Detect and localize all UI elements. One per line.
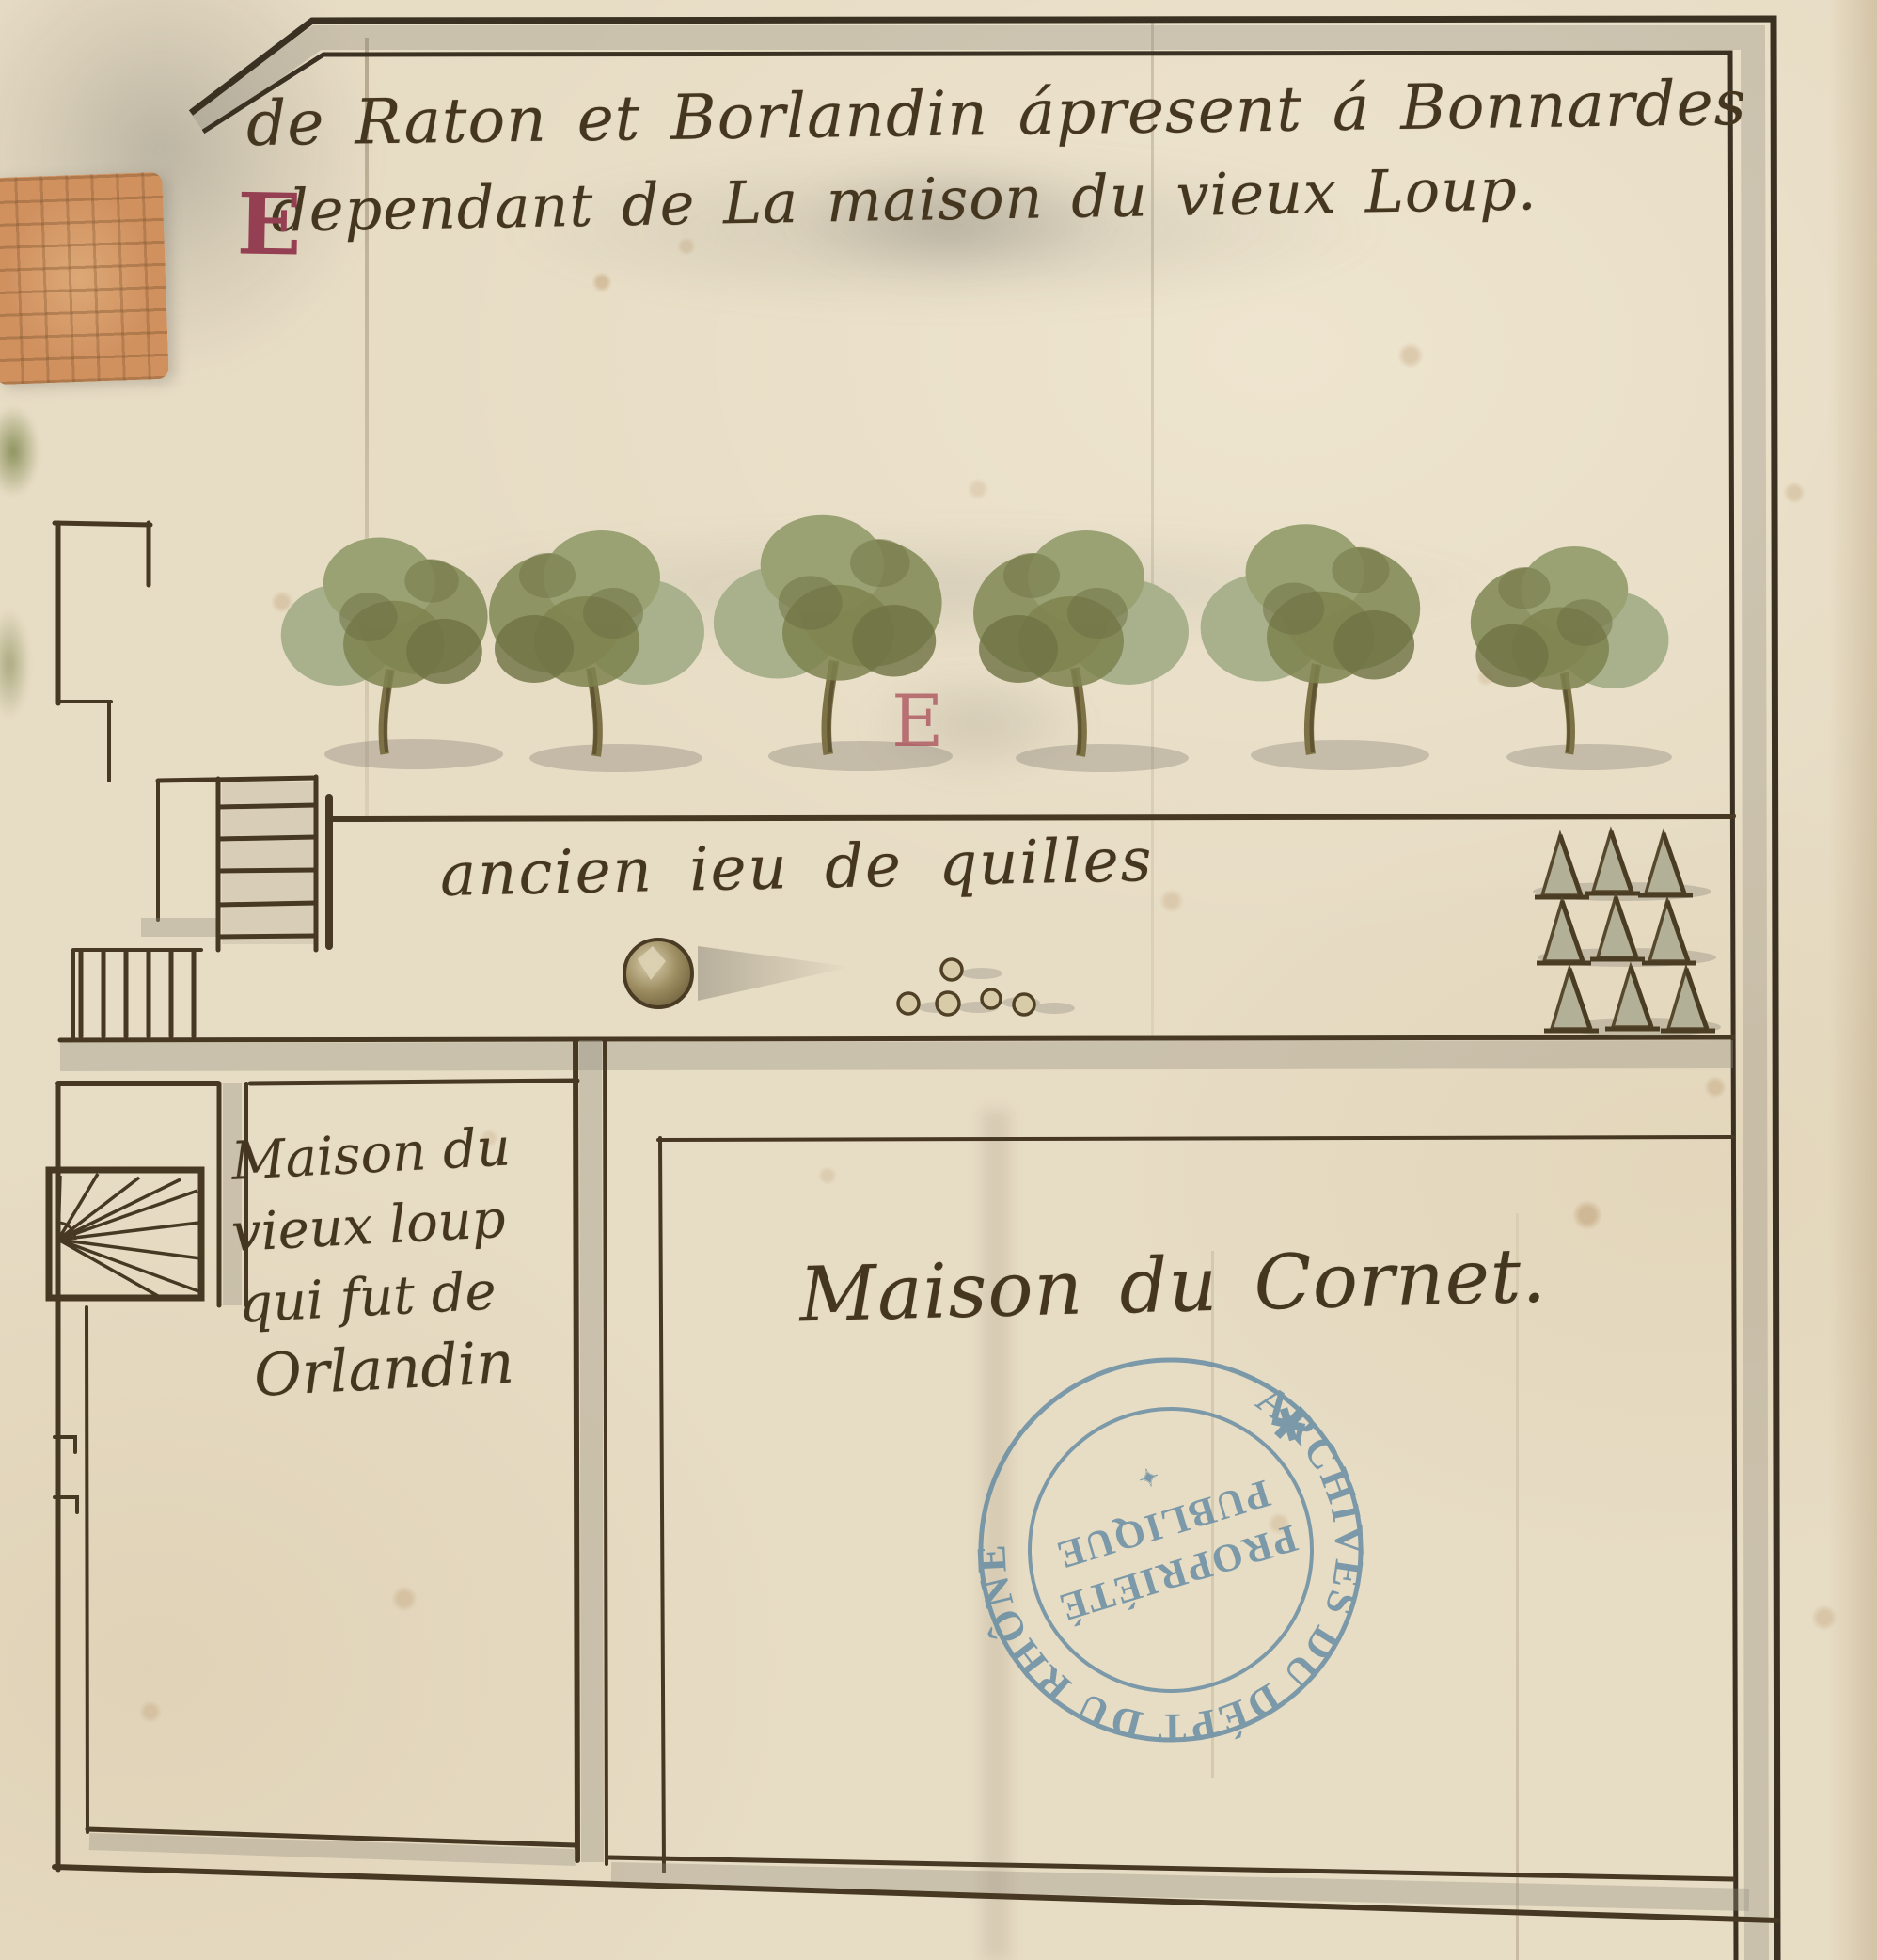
map-border: [191, 19, 1777, 1960]
manuscript-plan: ARCHIVES DU DÉPT DU RHÔNE ✱ PROPRIÉTÉ PU…: [0, 0, 1877, 1960]
small-ball: [898, 993, 919, 1014]
plot-letter-e-middle: E: [891, 679, 943, 763]
left-room-label-line: Orlandin: [252, 1326, 523, 1412]
small-ball: [941, 959, 962, 980]
plot-letter-e-top: E: [236, 174, 302, 275]
trees-row: [281, 515, 1669, 756]
plan-drawing: ARCHIVES DU DÉPT DU RHÔNE ✱ PROPRIÉTÉ PU…: [0, 0, 1877, 1960]
bowling-ball: [624, 940, 851, 1007]
tree-shadows: [324, 739, 1672, 772]
winder-stairs: [49, 1170, 201, 1298]
tree: [489, 530, 704, 756]
archive-stamp: ARCHIVES DU DÉPT DU RHÔNE ✱ PROPRIÉTÉ PU…: [922, 1309, 1424, 1802]
left-room-label: Maison du vieux loup qui fut de Orlandin: [229, 1112, 523, 1412]
tree: [973, 530, 1189, 756]
tree: [281, 538, 488, 754]
skittle-cones: [1535, 831, 1715, 1031]
stamp-small-star-icon: ✦: [1135, 1461, 1162, 1493]
tree: [1471, 546, 1669, 754]
small-balls: [898, 959, 1075, 1015]
tree: [1201, 524, 1421, 754]
small-ball: [937, 992, 959, 1015]
skittle-cone: [1661, 969, 1715, 1031]
small-ball: [982, 989, 1001, 1008]
small-ball: [1014, 994, 1034, 1015]
